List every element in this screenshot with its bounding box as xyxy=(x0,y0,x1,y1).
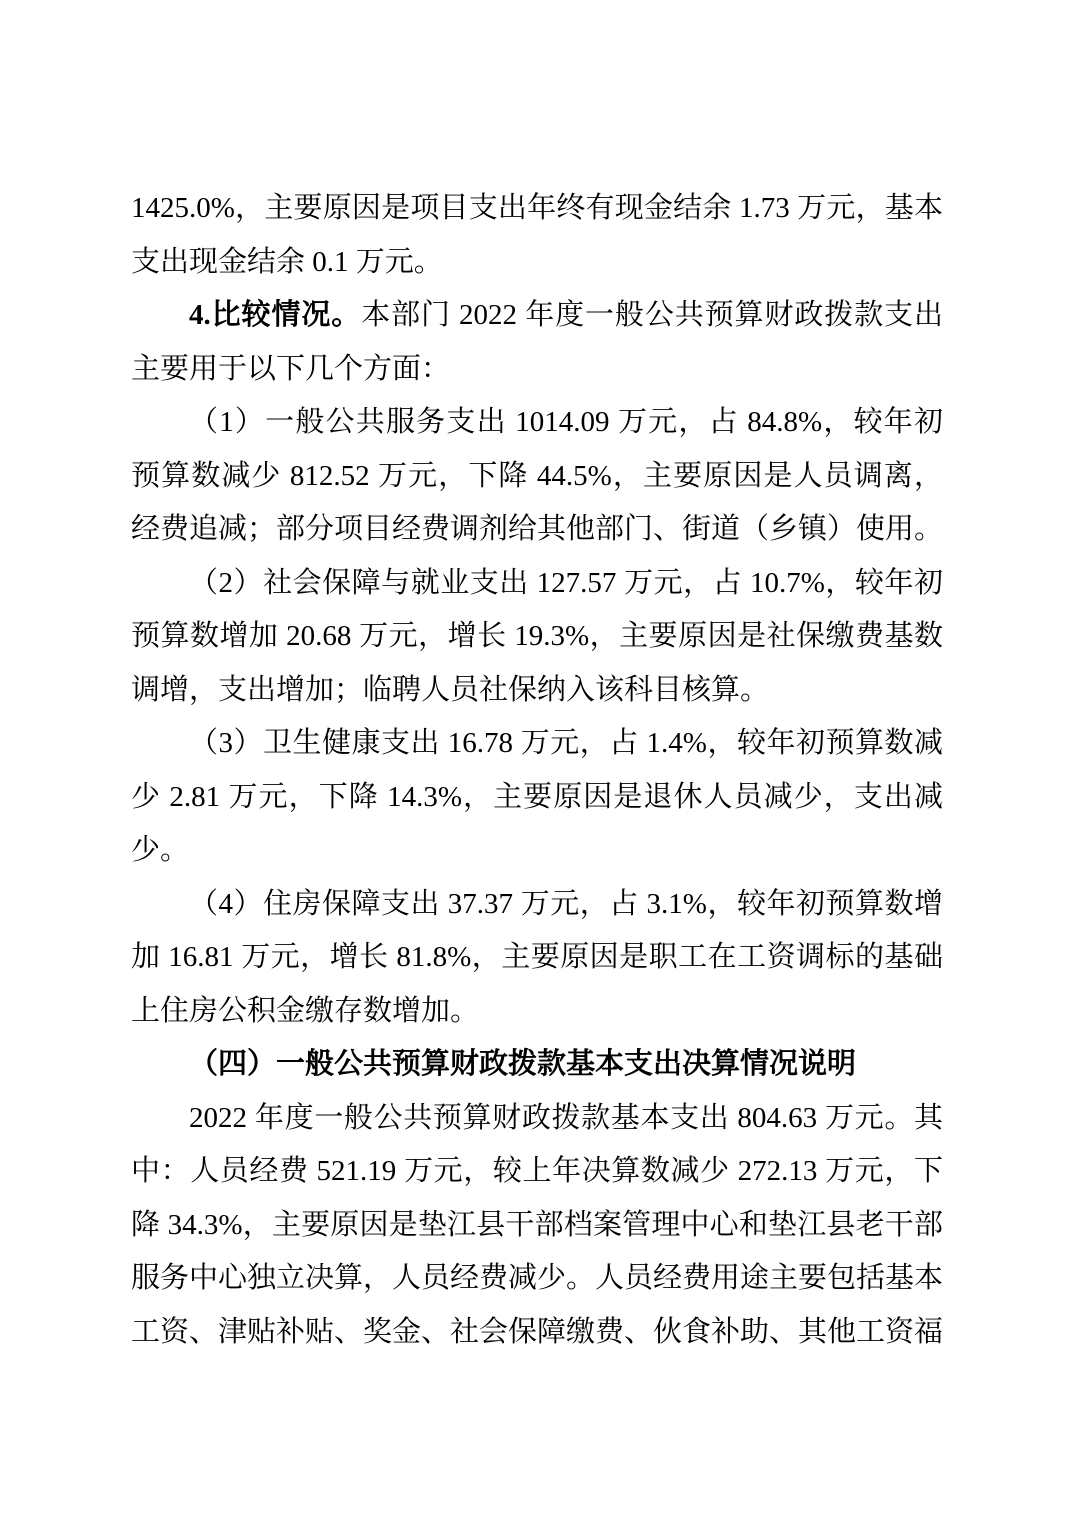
section-heading-four-basic-expenditure: （四）一般公共预算财政拨款基本支出决算情况说明 xyxy=(131,1038,943,1092)
paragraph-basic-expenditure-details: 2022 年度一般公共预算财政拨款基本支出 804.63 万元。其中：人员经费 … xyxy=(131,1092,943,1360)
paragraph-item-2-social-security-employment: （2）社会保障与就业支出 127.57 万元，占 10.7%，较年初预算数增加 … xyxy=(131,557,943,718)
paragraph-cash-balance-continued: 1425.0%，主要原因是项目支出年终有现金结余 1.73 万元，基本支出现金结… xyxy=(131,182,943,289)
paragraph-item-3-health: （3）卫生健康支出 16.78 万元，占 1.4%，较年初预算数减少 2.81 … xyxy=(131,717,943,878)
paragraph-item-1-general-public-services: （1）一般公共服务支出 1014.09 万元，占 84.8%，较年初预算数减少 … xyxy=(131,396,943,557)
paragraph-comparison-bold-lead: 4.比较情况。 xyxy=(189,299,361,331)
document-page: 1425.0%，主要原因是项目支出年终有现金结余 1.73 万元，基本支出现金结… xyxy=(0,0,1075,1521)
paragraph-item-4-housing-security: （4）住房保障支出 37.37 万元，占 3.1%，较年初预算数增加 16.81… xyxy=(131,878,943,1039)
document-body: 1425.0%，主要原因是项目支出年终有现金结余 1.73 万元，基本支出现金结… xyxy=(131,182,943,1359)
paragraph-comparison-intro: 4.比较情况。本部门 2022 年度一般公共预算财政拨款支出主要用于以下几个方面… xyxy=(131,289,943,396)
